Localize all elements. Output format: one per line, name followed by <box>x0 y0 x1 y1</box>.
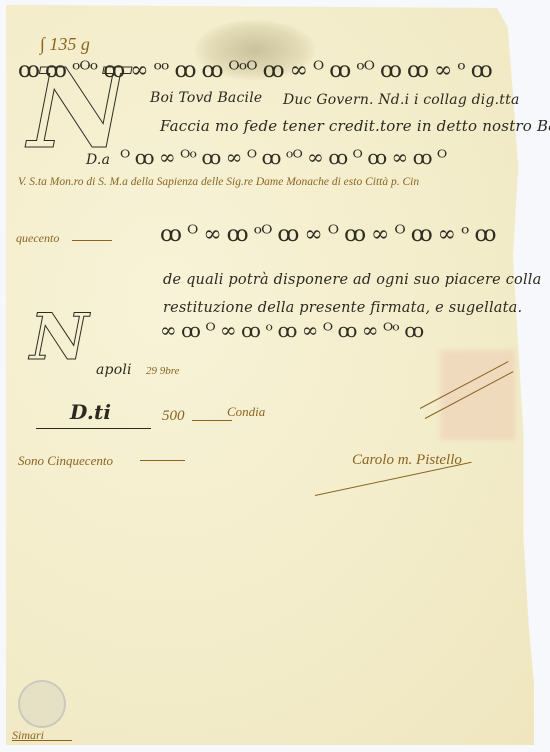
amount-line <box>192 420 232 421</box>
body-line2: restituzione della presente firmata, e s… <box>163 300 522 316</box>
decorative-flourish-body-top: ꝏ ᴼ ∞ ꝏ ᵒᴼ ꝏ ∞ ᴼ ꝏ ∞ ᴼ ꝏ ∞ ᵒ ꝏ <box>160 222 530 247</box>
decorative-flourish-header-bottom: ᴼ ꝏ ∞ ᴼᵒ ꝏ ∞ ᴼ ꝏ ᵒᴼ ∞ ꝏ ᴼ ꝏ ∞ ꝏ ᴼ <box>120 145 520 169</box>
amount-words-top: quecento <box>16 231 59 246</box>
header-line1-right: Duc Govern. Nd.i i collag dig.tta <box>283 92 520 108</box>
fill-line <box>72 240 112 241</box>
place-name: apoli <box>96 362 132 378</box>
footer-underline <box>12 740 72 741</box>
body-line1: de quali potrà disponere ad ogni suo pia… <box>163 272 541 288</box>
amount-in-words: Sono Cinquecento <box>18 453 113 469</box>
ducats-label: D.ti <box>70 400 111 424</box>
date-handwritten: 29 9bre <box>146 365 180 377</box>
decorative-flourish-body-bottom: ∞ ꝏ ᴼ ∞ ꝏ ᵒ ꝏ ∞ ᴼ ꝏ ∞ ᴼᵒ ꝏ <box>160 318 530 342</box>
initial-letter-n: N <box>28 54 129 164</box>
amount-value: 500 <box>162 408 185 425</box>
creditor-name-handwritten: V. S.ta Mon.ro di S. M.a della Sapienza … <box>18 176 419 188</box>
initial-letter-napoli: N <box>30 306 89 370</box>
header-line1-left: Boi Tovd Bacile <box>150 90 262 106</box>
amount-suffix: Condia <box>227 404 265 420</box>
faded-stamp <box>18 680 66 728</box>
ducats-rule <box>36 428 151 429</box>
words-line <box>140 460 185 461</box>
header-line2: Faccia mo fede tener credit.tore in dett… <box>160 117 550 135</box>
header-line3-prefix: D.a <box>86 152 110 168</box>
